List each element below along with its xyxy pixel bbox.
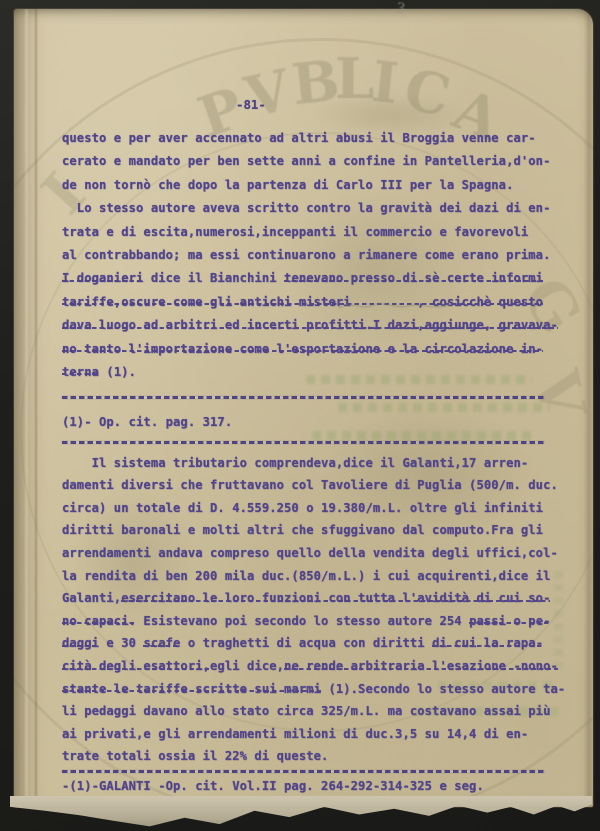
underlined-text: cità degli esattori, bbox=[62, 659, 210, 673]
typed-line: de non tornò che dopo la partenza di Car… bbox=[62, 174, 544, 197]
underlined-text: dava luogo ad arbitri ed incerti profitt… bbox=[62, 318, 558, 332]
ink-bleed-mark bbox=[554, 569, 563, 669]
typed-line: arrendamenti andava compreso quello dell… bbox=[62, 542, 544, 565]
underlined-text: di cui la rapa- bbox=[432, 636, 543, 650]
typed-text: la rendita di ben 200 mila duc.(850/m.L.… bbox=[62, 569, 550, 583]
underlined-text: terna bbox=[62, 365, 99, 379]
typed-text: al contrabbando; ma essi continuarono a … bbox=[62, 248, 550, 262]
underlined-text: scafe bbox=[143, 636, 180, 650]
typed-text: li pedaggi davano allo stato circa 325/m… bbox=[62, 704, 550, 718]
typed-line: cità degli esattori,egli dice,ne rende a… bbox=[62, 655, 544, 678]
typed-line: no tanto l'importazione come l'esportazi… bbox=[62, 338, 544, 361]
typed-line: tariffe,oscure come gli antichi misteri … bbox=[62, 291, 544, 314]
binding-crease bbox=[35, 9, 37, 807]
typed-separator-rule bbox=[62, 441, 544, 444]
underlined-text: I doganieri bbox=[62, 271, 143, 285]
typed-line: la rendita di ben 200 mila duc.(850/m.L.… bbox=[62, 565, 544, 588]
stamp-letter: B bbox=[289, 48, 343, 119]
typed-line: Il sistema tributario comprendeva,dice i… bbox=[62, 452, 544, 475]
typed-text: Il sistema tributario comprendeva,dice i… bbox=[62, 456, 528, 470]
typed-line: daggi e 30 scafe o traghetti di acqua co… bbox=[62, 632, 544, 655]
page-number: -81- bbox=[236, 97, 266, 112]
typed-line: circa) un totale di D. 4.559.250 o 19.38… bbox=[62, 497, 544, 520]
typed-text: de non tornò che dopo la partenza di Car… bbox=[62, 178, 513, 192]
stamp-letter: V bbox=[239, 57, 296, 131]
typed-separator-rule bbox=[62, 770, 544, 773]
typed-line: Galanti,esercitano le loro funzioni con … bbox=[62, 587, 544, 610]
typed-text: trata e di escita,numerosi,inceppanti il… bbox=[62, 225, 528, 239]
typed-line: I doganieri dice il Bianchini tenevano p… bbox=[62, 267, 544, 290]
underlined-text: tenevano presso di sè certe informi bbox=[284, 271, 543, 285]
typed-line: li pedaggi davano allo stato circa 325/m… bbox=[62, 700, 544, 723]
stamp-letter: I bbox=[369, 49, 402, 117]
typed-text: Esistevano poi secondo lo stesso autore … bbox=[136, 614, 469, 628]
manuscript-page: PVBLICAIGV -81- questo e per aver accenn… bbox=[14, 9, 593, 807]
typed-text: (1).Secondo lo stesso autore ta- bbox=[321, 682, 565, 696]
typed-separator-rule bbox=[62, 396, 544, 399]
typed-line: trate totali ossia il 22% di queste. bbox=[62, 745, 544, 768]
typed-text: trate totali ossia il 22% di queste. bbox=[62, 749, 328, 763]
underlined-text: stante le tariffe scritte sui marmi bbox=[62, 682, 321, 696]
typed-text: circa) un totale di D. 4.559.250 o 19.38… bbox=[62, 501, 543, 515]
typed-line: terna (1). bbox=[62, 361, 544, 384]
handwritten-annotation bbox=[337, 297, 457, 316]
typed-text: ai privati,e gli arrendamenti milioni di… bbox=[62, 727, 528, 741]
paragraphs-lower: Il sistema tributario comprendeva,dice i… bbox=[62, 452, 544, 768]
underlined-text: passi o pe- bbox=[469, 614, 550, 628]
typed-text: Lo stesso autore aveva scritto contro la… bbox=[62, 201, 550, 215]
typed-line: damenti diversi che fruttavano col Tavol… bbox=[62, 474, 544, 497]
typed-text: o traghetti di acqua con diritti bbox=[180, 636, 432, 650]
typed-text: dice il Bianchini bbox=[143, 271, 284, 285]
paragraphs-upper: questo e per aver accennato ad altri abu… bbox=[62, 127, 544, 384]
footnote-2: -(1)-GALANTI -Op. cit. Vol.II pag. 264-2… bbox=[62, 777, 544, 796]
underlined-text: esercitano le loro funzioni con tutta l'… bbox=[121, 591, 550, 605]
underlined-text: no tanto l'importazione come l'esportazi… bbox=[62, 342, 543, 356]
stamp-letter: C bbox=[398, 56, 456, 130]
typed-text: questo e per aver accennato ad altri abu… bbox=[62, 131, 536, 145]
typed-line: al contrabbando; ma essi continuarono a … bbox=[62, 244, 544, 267]
page-right-worn-edge bbox=[584, 9, 593, 807]
typed-line: Lo stesso autore aveva scritto contro la… bbox=[62, 197, 544, 220]
typewritten-text-block: questo e per aver accennato ad altri abu… bbox=[62, 127, 544, 800]
scanned-document: { "scan": { "pencil_mark": "3" }, "stamp… bbox=[0, 0, 600, 831]
typed-line: ai privati,e gli arrendamenti milioni di… bbox=[62, 723, 544, 746]
footnote-1: (1)- Op. cit. pag. 317. bbox=[62, 411, 544, 434]
typed-text: egli dice, bbox=[210, 659, 284, 673]
typed-line: questo e per aver accennato ad altri abu… bbox=[62, 127, 544, 150]
typed-text: damenti diversi che fruttavano col Tavol… bbox=[62, 478, 558, 492]
typed-text: Galanti, bbox=[62, 591, 121, 605]
typed-line: cerato e mandato per ben sette anni a co… bbox=[62, 150, 544, 173]
typed-line: no capaci. Esistevano poi secondo lo ste… bbox=[62, 610, 544, 633]
underlined-text: tariffe,oscure come gli antichi misteri … bbox=[62, 295, 543, 309]
typed-text: (1). bbox=[99, 365, 136, 379]
typed-text: diritti baronali e molti altri che sfugg… bbox=[62, 523, 543, 537]
typed-line: dava luogo ad arbitri ed incerti profitt… bbox=[62, 314, 544, 337]
underlined-text: daggi bbox=[62, 636, 99, 650]
underlined-text: ne rende arbitraria l'esazione -nono- bbox=[284, 659, 558, 673]
torn-bottom-edge bbox=[10, 796, 592, 828]
typed-text: cerato e mandato per ben sette anni a co… bbox=[62, 154, 550, 168]
typed-text: e 30 bbox=[99, 636, 143, 650]
underlined-text: no capaci. bbox=[62, 614, 136, 628]
typed-line: trata e di escita,numerosi,inceppanti il… bbox=[62, 221, 544, 244]
typed-line: stante le tariffe scritte sui marmi (1).… bbox=[62, 678, 544, 701]
typed-text: arrendamenti andava compreso quello dell… bbox=[62, 546, 558, 560]
typed-line: diritti baronali e molti altri che sfugg… bbox=[62, 519, 544, 542]
binding-edge-highlight bbox=[25, 9, 28, 807]
stamp-letter: L bbox=[335, 46, 374, 112]
